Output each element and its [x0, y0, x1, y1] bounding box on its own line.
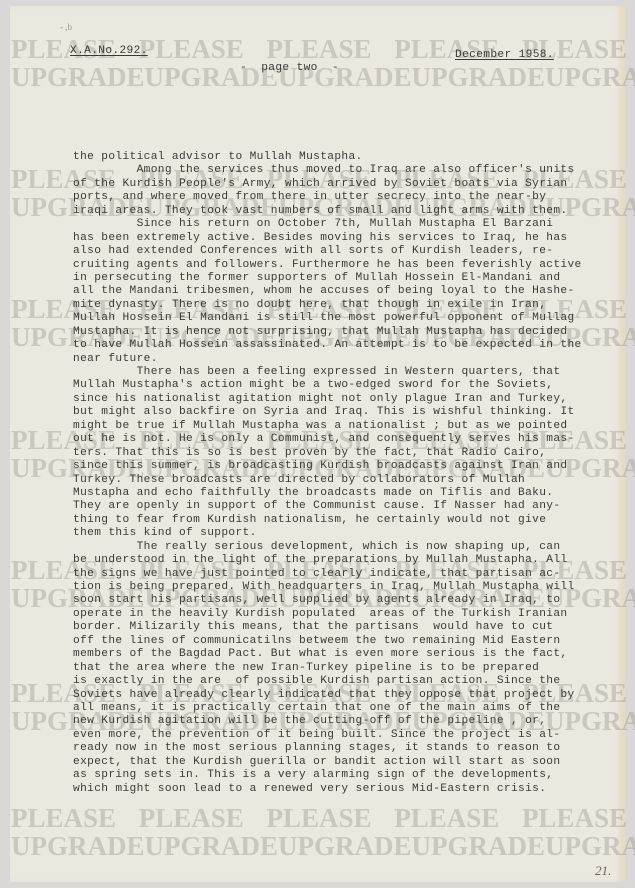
text-line: tion is being prepared. With headquarter…: [73, 581, 618, 594]
text-line: members of the Bagdad Pact. But what is …: [73, 648, 618, 661]
text-line: has been extremely active. Besides movin…: [73, 232, 618, 245]
margin-scribble: - ,b: [60, 22, 72, 32]
text-line: Among the services thus moved to Iraq ar…: [73, 164, 618, 177]
text-line: soon start his partisans, well supplied …: [73, 594, 618, 607]
text-line: since this summer, is broadcasting Kurdi…: [73, 460, 618, 473]
text-line: thing to fear from Kurdish nationalism, …: [73, 514, 618, 527]
text-line: Mustapha. It is hence not surprising, th…: [73, 326, 618, 339]
text-line: operate in the heavily Kurdish populated…: [73, 608, 618, 621]
text-line: is exactly in the are of possible Kurdis…: [73, 675, 618, 688]
text-line: to have Mullah Hossein assassinated. An …: [73, 339, 618, 352]
text-line: of the Kurdish People's Army, which arri…: [73, 178, 618, 191]
text-line: ready now in the most serious planning s…: [73, 742, 618, 755]
page-edge: [617, 6, 625, 882]
document-date: December 1958.: [455, 49, 554, 61]
text-line: off the lines of communicatilns betweem …: [73, 635, 618, 648]
text-line: They are openly in support of the Commun…: [73, 500, 618, 513]
text-line: since his nationalist agitation might no…: [73, 393, 618, 406]
text-line: border. Milizarily this means, that the …: [73, 621, 618, 634]
text-line: Turkey. These broadcasts are directed by…: [73, 474, 618, 487]
text-line: as spring sets in. This is a very alarmi…: [73, 769, 618, 782]
text-line: the signs we have just pointed to clearl…: [73, 568, 618, 581]
text-line: The really serious development, which is…: [73, 541, 618, 554]
folio-number: 21.: [595, 863, 611, 879]
text-line: but might also backfire on Syria and Ira…: [73, 406, 618, 419]
text-line: which might soon lead to a renewed very …: [73, 783, 618, 796]
text-line: iraqi areas. They took vast numbers of s…: [73, 205, 618, 218]
text-line: cruiting agents and followers. Furthermo…: [73, 259, 618, 272]
text-line: ports, and where moved from there in utt…: [73, 191, 618, 204]
text-line: near future.: [73, 353, 618, 366]
text-line: in persecuting the former supporters of …: [73, 272, 618, 285]
document-body: the political advisor to Mullah Mustapha…: [73, 151, 618, 796]
text-line: ters. That this is so is best proven by …: [73, 447, 618, 460]
text-line: them this kind of support.: [73, 527, 618, 540]
text-line: be understood in the light of the prepar…: [73, 554, 618, 567]
document-reference: X.A.No.292.: [70, 45, 148, 57]
text-line: Soviets have already clearly indicated t…: [73, 689, 618, 702]
text-line: There has been a feeling expressed in We…: [73, 366, 618, 379]
page-label: - page two -: [240, 62, 339, 74]
text-line: might be true if Mullah Mustapha was a n…: [73, 420, 618, 433]
text-line: mite dynasty. There is no doubt here, th…: [73, 299, 618, 312]
text-line: Mullah Hossein El Mandani is still the m…: [73, 312, 618, 325]
text-line: the political advisor to Mullah Mustapha…: [73, 151, 618, 164]
text-line: Mullah Mustapha's action might be a two-…: [73, 379, 618, 392]
text-line: also had extended Conferences with all s…: [73, 245, 618, 258]
text-line: even more, the prevention of it being bu…: [73, 729, 618, 742]
text-line: out he is not. He is only a Communist, a…: [73, 433, 618, 446]
text-line: all means, it is practically certain tha…: [73, 702, 618, 715]
text-line: new Kurdish agitation will be the cuttin…: [73, 715, 618, 728]
text-line: Since his return on October 7th, Mullah …: [73, 218, 618, 231]
text-line: Mustapha and echo faithfully the broadca…: [73, 487, 618, 500]
text-line: all the Mandani tribesmen, whom he accus…: [73, 285, 618, 298]
text-line: that the area where the new Iran-Turkey …: [73, 662, 618, 675]
text-line: expect, that the Kurdish guerilla or ban…: [73, 756, 618, 769]
